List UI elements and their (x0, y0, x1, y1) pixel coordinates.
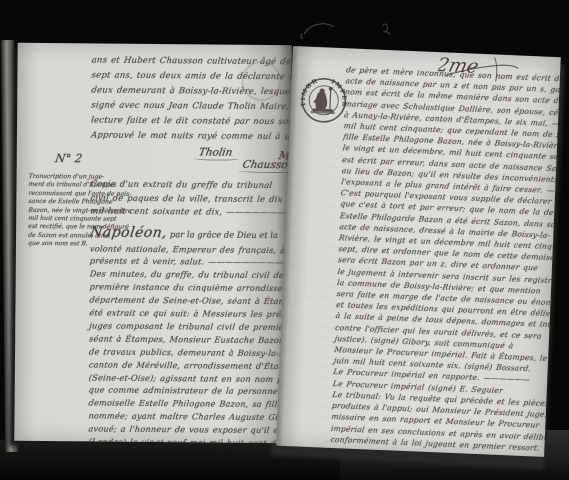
margin-note-text: Transcription d'un juge-ment du tribunal… (28, 173, 95, 249)
right-page-text-column: de père et mère inconnus, que son nom es… (330, 64, 558, 453)
left-page: N° 2 Transcription d'un juge-ment du tri… (14, 43, 291, 443)
manuscript-line: Approuvé le mot nuits rayé comme nul à u… (90, 128, 292, 145)
manuscript-line: lecture faite et le dit constaté par nou… (90, 113, 292, 130)
manuscript-line: canton de Méréville, arrondissement d'Ét… (88, 358, 291, 373)
imperial-tax-stamp: TIMBRE IMPERIAL (300, 76, 348, 124)
right-page: TIMBRE IMPERIAL 2me de père et mère inco… (276, 46, 561, 457)
act-number: N° 2 (28, 151, 96, 166)
manuscript-line: Copie d'un extrait du greffe du tribunal (90, 177, 292, 192)
manuscript-line: sance de Estelle Philogone (28, 198, 95, 207)
seated-allegory-figure (311, 86, 335, 113)
margin-note: N° 2 Transcription d'un juge-ment du tri… (28, 151, 95, 249)
manuscript-line: mil huit cent soixante et dix, ———————— (90, 204, 292, 219)
manuscript-line: de travaux publics, demeurant à Boissy-l… (88, 345, 291, 360)
scratch-marks (290, 12, 410, 46)
left-page-text-column: ans et Hubert Chausson cultivateur âgé d… (88, 53, 292, 443)
signature-tholin: Tholin (198, 146, 234, 158)
manuscript-line: est rectifié, que le nom défiguré (28, 223, 95, 232)
napoleon-heading-line: Napoléon, par la grâce de Dieu et la (90, 221, 292, 242)
copy-preamble: Copie d'un extrait du greffe du tribunal… (90, 177, 292, 219)
napoleon-heading-rest: par la grâce de Dieu et la (167, 229, 278, 240)
signature-row: Tholin Moullier Chausson (91, 143, 292, 179)
manuscript-line: ans et Hubert Chausson cultivateur âgé d… (91, 53, 292, 70)
manuscript-line: deux demeurant à Boissy-la-Rivière, lesq… (90, 83, 291, 100)
scanned-document: { "colors":{ "background":"#070707", "pa… (0, 0, 569, 480)
closing-of-previous-act: ans et Hubert Chausson cultivateur âgé d… (91, 53, 292, 145)
manuscript-line: signé avec nous Jean Claude Tholin Maire… (90, 98, 291, 115)
signature-chausson: Chausson (242, 159, 292, 171)
manuscript-line: sept ans, tous deux amis de la déclarant… (91, 68, 292, 85)
napoleon-heading: Napoléon, (89, 224, 169, 241)
manuscript-line: que son nom est B. (28, 240, 95, 249)
manuscript-line: ment du tribunal d'Étampes (28, 181, 95, 190)
petition-text: volonté nationale, Empereur des français… (88, 242, 292, 443)
